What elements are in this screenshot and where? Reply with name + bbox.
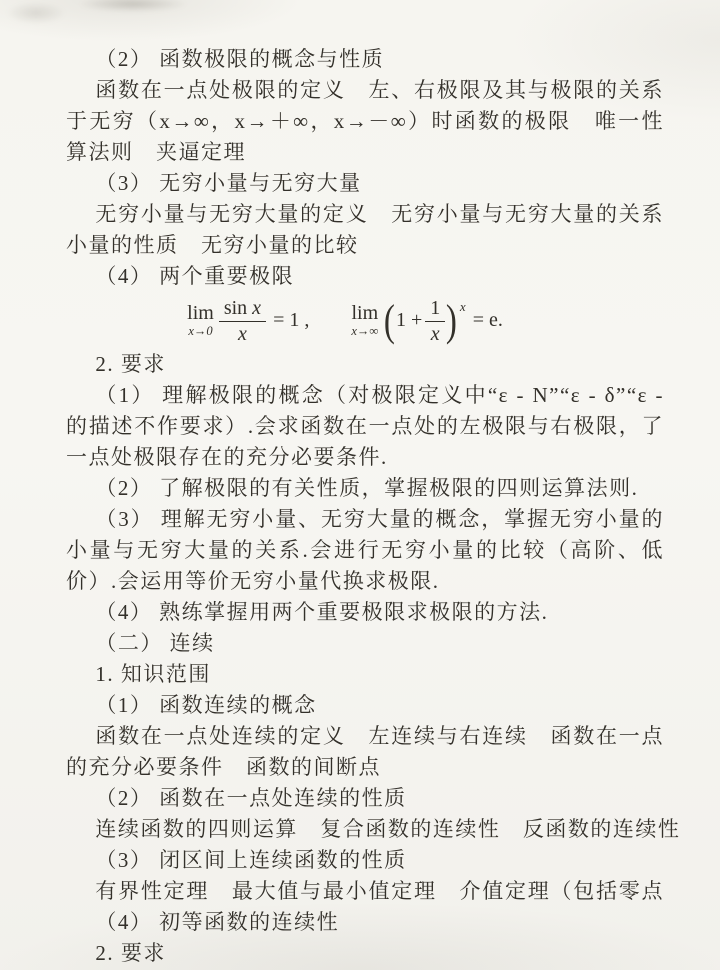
- variable-x: x: [252, 297, 261, 319]
- text-line: 小量与无穷大量的关系.会进行无穷小量的比较（高阶、低阶、同阶和等: [66, 535, 664, 566]
- text-line: 的充分必要条件 函数的间断点: [66, 752, 664, 783]
- lim-operator: lim x→0: [187, 303, 214, 338]
- fraction: 1 x: [425, 297, 445, 345]
- text-line: 算法则 夹逼定理: [66, 137, 664, 168]
- equals-e: = e.: [473, 309, 503, 332]
- scanned-page: （2） 函数极限的概念与性质 函数在一点处极限的定义 左、右极限及其与极限的关系…: [0, 0, 720, 970]
- text-line: 无穷小量与无穷大量的定义 无穷小量与无穷大量的关系 无穷: [66, 199, 664, 230]
- right-paren: ): [446, 304, 457, 337]
- text-line: （3） 理解无穷小量、无穷大量的概念，掌握无穷小量的性质、无穷: [66, 504, 664, 535]
- text-line: （2） 了解极限的有关性质，掌握极限的四则运算法则.: [66, 473, 664, 504]
- heading-continuity-properties: （2） 函数在一点处连续的性质: [66, 783, 664, 814]
- limit-formula-sinx-over-x: lim x→0 sin x x = 1 ,: [187, 297, 309, 345]
- lim-word: lim: [187, 303, 214, 323]
- text-line: 于无穷（x→∞，x→＋∞，x→－∞）时函数的极限 唯一性 四则运: [66, 106, 664, 137]
- text-line: （1） 理解极限的概念（对极限定义中“ε - N”“ε - δ”“ε - M”等…: [66, 380, 664, 411]
- heading-requirements-2: 2. 要求: [66, 938, 664, 969]
- text-line: 的描述不作要求）.会求函数在一点处的左极限与右极限，了解函数在: [66, 411, 664, 442]
- heading-infinitesimal-infinite: （3） 无穷小量与无穷大量: [66, 168, 664, 199]
- text-line: 有界性定理 最大值与最小值定理 介值定理（包括零点定理）: [66, 876, 664, 907]
- heading-function-limit-concept: （2） 函数极限的概念与性质: [66, 44, 664, 75]
- lim-subscript: x→0: [188, 325, 212, 338]
- heading-continuity-concept: （1） 函数连续的概念: [66, 690, 664, 721]
- lim-subscript: x→∞: [351, 325, 378, 338]
- fraction-numerator: 1: [425, 297, 445, 322]
- text-line: 函数在一点处极限的定义 左、右极限及其与极限的关系 x 趋: [66, 75, 664, 106]
- exponent-x: x: [460, 299, 466, 315]
- sin-word: sin: [224, 297, 247, 319]
- fraction: sin x x: [219, 297, 266, 345]
- text-line: 小量的性质 无穷小量的比较: [66, 230, 664, 261]
- left-paren: (: [384, 304, 395, 337]
- text-line: 一点处极限存在的充分必要条件.: [66, 442, 664, 473]
- lim-word: lim: [351, 303, 378, 323]
- one-plus: 1 +: [396, 309, 422, 332]
- text-line: 连续函数的四则运算 复合函数的连续性 反函数的连续性: [66, 814, 664, 845]
- scan-smudge: [6, 2, 66, 24]
- heading-closed-interval-properties: （3） 闭区间上连续函数的性质: [66, 845, 664, 876]
- equals-one: = 1 ,: [273, 309, 309, 332]
- scan-smudge: [78, 0, 188, 12]
- lim-operator: lim x→∞: [351, 303, 378, 338]
- heading-elementary-continuity: （4） 初等函数的连续性: [66, 907, 664, 938]
- heading-section-continuity: （二） 连续: [66, 628, 664, 659]
- fraction-denominator: x: [431, 322, 440, 345]
- heading-requirements: 2. 要求: [66, 349, 664, 380]
- fraction-numerator: sin x: [219, 297, 266, 322]
- text-line: 函数在一点处连续的定义 左连续与右连续 函数在一点处连续: [66, 721, 664, 752]
- important-limits-formula: lim x→0 sin x x = 1 , lim x→∞ ( 1 + 1: [66, 292, 664, 349]
- text-line: 价）.会运用等价无穷小量代换求极限.: [66, 566, 664, 597]
- fraction-denominator: x: [238, 322, 247, 345]
- limit-formula-e: lim x→∞ ( 1 + 1 x ) x = e.: [351, 297, 503, 345]
- heading-knowledge-scope: 1. 知识范围: [66, 659, 664, 690]
- document-text: （2） 函数极限的概念与性质 函数在一点处极限的定义 左、右极限及其与极限的关系…: [66, 44, 664, 969]
- text-line: （4） 熟练掌握用两个重要极限求极限的方法.: [66, 597, 664, 628]
- heading-two-important-limits: （4） 两个重要极限: [66, 261, 664, 292]
